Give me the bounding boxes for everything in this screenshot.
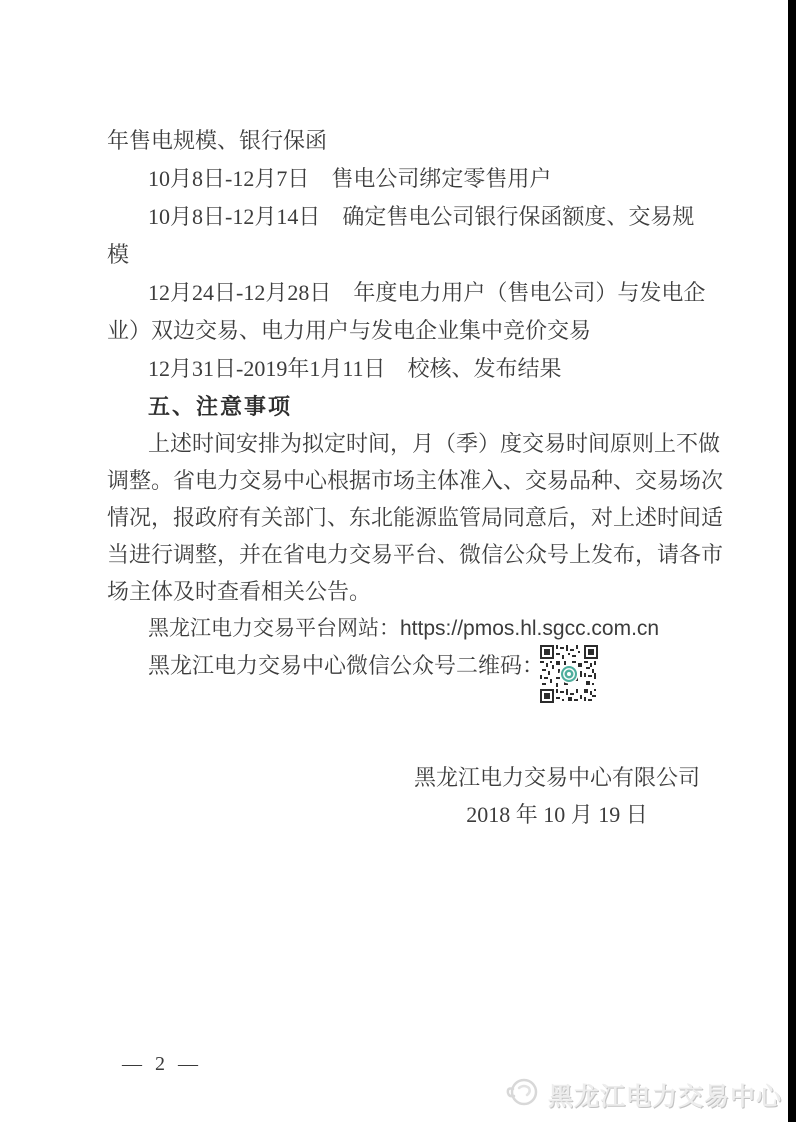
company-name: 黑龙江电力交易中心有限公司 [411, 759, 703, 796]
schedule-line: 12月24日-12月28日 年度电力用户（售电公司）与发电企 [107, 274, 703, 312]
schedule-line: 年售电规模、银行保函 [107, 122, 703, 160]
website-line: 黑龙江电力交易平台网站：https://pmos.hl.sgcc.com.cn [107, 610, 703, 647]
document-page: 年售电规模、银行保函 10月8日-12月7日 售电公司绑定零售用户 10月8日-… [0, 0, 796, 1122]
signature-date: 2018 年 10 月 19 日 [411, 796, 703, 833]
schedule-line: 业）双边交易、电力用户与发电企业集中竞价交易 [107, 312, 703, 350]
watermark-text: 黑龙江电力交易中心 [548, 1077, 782, 1113]
notice-line: 情况，报政府有关部门、东北能源监管局同意后，对上述时间适 [107, 499, 703, 536]
notice-line: 当进行调整，并在省电力交易平台、微信公众号上发布，请各市 [107, 536, 703, 573]
watermark-logo-icon [504, 1075, 540, 1114]
schedule-line: 10月8日-12月7日 售电公司绑定零售用户 [107, 160, 703, 198]
qr-caption: 黑龙江电力交易中心微信公众号二维码： [107, 653, 544, 678]
schedule-line: 10月8日-12月14日 确定售电公司银行保函额度、交易规 [107, 198, 703, 236]
schedule-line: 12月31日-2019年1月11日 校核、发布结果 [107, 350, 703, 388]
schedule-line: 模 [107, 236, 703, 274]
notice-line: 调整。省电力交易中心根据市场主体准入、交易品种、交易场次 [107, 462, 703, 499]
section-heading: 五、注意事项 [107, 388, 703, 425]
scan-edge-bar [788, 0, 796, 1122]
wechat-qr-code-image [540, 645, 598, 703]
notice-line: 上述时间安排为拟定时间，月（季）度交易时间原则上不做 [107, 425, 703, 462]
qr-caption-row: 黑龙江电力交易中心微信公众号二维码： [107, 647, 703, 709]
page-number: — 2 — [122, 1053, 202, 1076]
notice-line: 场主体及时查看相关公告。 [107, 573, 703, 610]
signature-block: 黑龙江电力交易中心有限公司 2018 年 10 月 19 日 [411, 759, 703, 833]
document-body: 年售电规模、银行保函 10月8日-12月7日 售电公司绑定零售用户 10月8日-… [107, 122, 703, 833]
watermark: 黑龙江电力交易中心 [504, 1075, 782, 1114]
